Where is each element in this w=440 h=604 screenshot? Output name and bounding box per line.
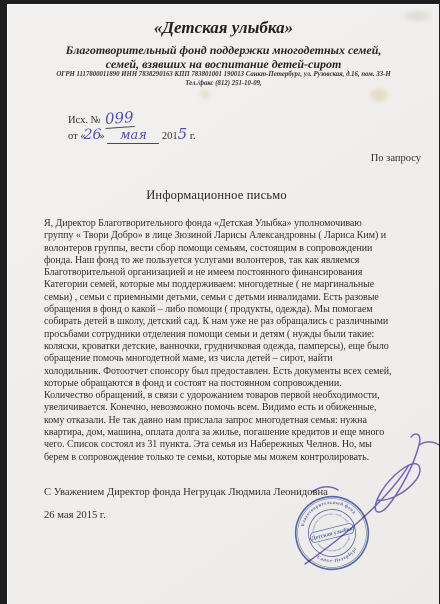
scanned-letter: «Детская улыбка» Благотворительный фонд … (0, 0, 440, 604)
outgoing-year-suffix: г. (190, 131, 196, 142)
org-requisites: ОГРН 1117800011890 ИНН 7838290163 КПП 78… (8, 71, 439, 88)
signoff-date: 26 мая 2015 г. (44, 510, 106, 521)
paper-stain (200, 90, 210, 98)
org-name: «Детская улыбка» (8, 18, 439, 38)
paper-stain (370, 89, 388, 101)
outgoing-number-row: Исх. №099 (68, 109, 196, 125)
org-subtitle-line1: Благотворительный фонд поддержки многоде… (8, 43, 439, 58)
letter-body: Я, Директор Благотворительного фонда «Де… (44, 218, 440, 464)
outgoing-year-printed: 201 (162, 131, 178, 142)
letter-title: Информационное письмо (8, 188, 425, 203)
outgoing-number-block: Исх. №099 от «26» мая 2015 г. (68, 109, 196, 141)
recipient-note: По запросу (371, 153, 421, 164)
outgoing-year-digit-handwritten: 5 (178, 125, 188, 143)
signature-tail-diagonal (305, 465, 409, 564)
paper-stain (404, 11, 430, 21)
outgoing-quote-close: » (99, 131, 104, 142)
org-subtitle-line2: семей, взявших на воспитание детей-сирот (8, 57, 439, 72)
paper-sheet: «Детская улыбка» Благотворительный фонд … (7, 4, 439, 604)
outgoing-date-row: от «26» мая 2015 г. (68, 125, 196, 141)
outgoing-number-value-handwritten: 099 (104, 108, 134, 129)
signature-stroke-small (312, 487, 338, 492)
signature-tail-right (419, 442, 440, 450)
director-signature (288, 429, 440, 575)
outgoing-month-handwritten: мая (107, 128, 159, 144)
